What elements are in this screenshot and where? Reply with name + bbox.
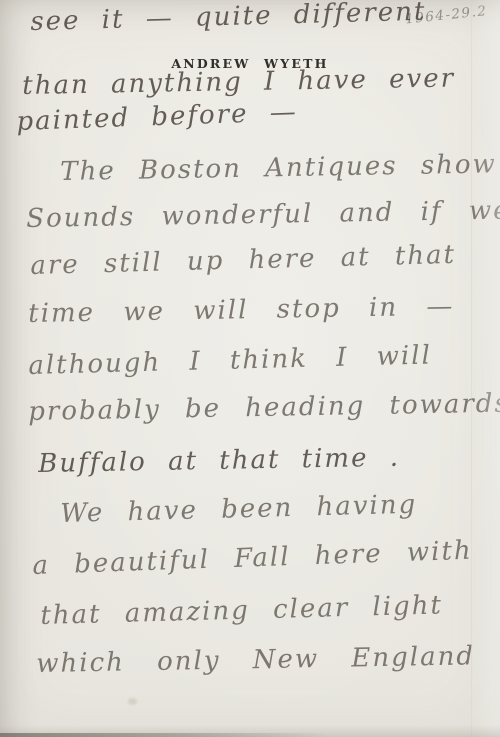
handwriting-line: time we will stop in — <box>28 293 455 330</box>
handwriting-line: We have been having <box>60 491 418 530</box>
handwriting-line: Buffalo at that time . <box>38 444 400 480</box>
handwriting-line: painted before — <box>16 98 298 138</box>
paper-edge-bottom <box>0 733 360 737</box>
handwriting-line: although I think I will <box>28 341 432 381</box>
paper-stain <box>128 698 137 705</box>
handwriting-line: a beautiful Fall here with <box>32 537 473 582</box>
paper-edge-right <box>471 0 500 737</box>
handwriting-line: than anything I have ever <box>22 64 455 101</box>
handwriting-line: see it — quite different <box>30 0 427 38</box>
handwriting-line: Sounds wonderful and if we <box>26 197 500 235</box>
handwriting-line: which only New England <box>36 642 475 680</box>
letter-scan: 1964-29.2 ANDREW WYETH see it — quite di… <box>0 0 500 737</box>
handwriting-line: that amazing clear light <box>40 591 443 631</box>
handwriting-line: probably be heading towards <box>28 390 500 428</box>
handwriting-line: are still up here at that <box>30 241 456 282</box>
handwriting-line: The Boston Antiques show — <box>60 149 500 187</box>
